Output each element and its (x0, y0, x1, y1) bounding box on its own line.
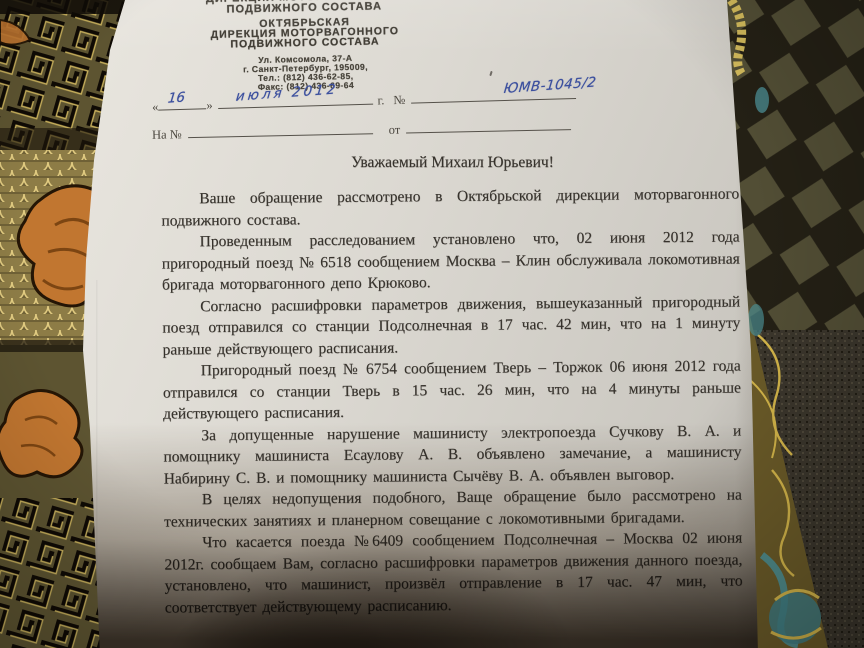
photo-of-letter: ДИРЕКЦИЯ МОТОРВАГОННОГО ПОДВИЖНОГО СОСТА… (0, 0, 864, 648)
paragraph: За допущенные нарушение машинисту электр… (163, 420, 742, 490)
ot-blank (406, 117, 571, 133)
year-suffix: г. (377, 93, 384, 107)
number-label: № (393, 93, 405, 107)
org-name: ОКТЯБРЬСКАЯ ДИРЕКЦИЯ МОТОРВАГОННОГО ПОДВ… (140, 15, 471, 53)
reference-line: На №от (152, 114, 712, 143)
paragraph: Согласно расшифровки параметров движения… (162, 291, 741, 361)
ot-label: от (389, 123, 401, 137)
letterhead: ДИРЕКЦИЯ МОТОРВАГОННОГО ПОДВИЖНОГО СОСТА… (139, 0, 471, 95)
close-quote: » (206, 98, 213, 112)
paragraph: Проведенным расследованием установлено ч… (162, 226, 741, 296)
dragon-claw-motif (0, 390, 82, 476)
paragraph: Что касается поезда №6409 сообщением Под… (164, 527, 743, 618)
na-label: На № (152, 127, 182, 142)
ink-speck (489, 71, 492, 76)
handwritten-number: ЮМВ-1045/2 (503, 74, 597, 97)
handwritten-day: 16 (167, 89, 186, 106)
salutation: Уважаемый Михаил Юрьевич! (165, 154, 740, 172)
paragraph: Ваше обращение рассмотрено в Октябрьской… (161, 183, 739, 231)
letter-paper: ДИРЕКЦИЯ МОТОРВАГОННОГО ПОДВИЖНОГО СОСТА… (70, 0, 770, 648)
letter-body: Ваше обращение рассмотрено в Октябрьской… (161, 183, 743, 618)
paragraph: Пригородный поезд № 6754 сообщением Твер… (163, 355, 742, 425)
paragraph: В целях недопущения подобного, Ваще обра… (164, 484, 742, 532)
na-blank (188, 121, 373, 138)
